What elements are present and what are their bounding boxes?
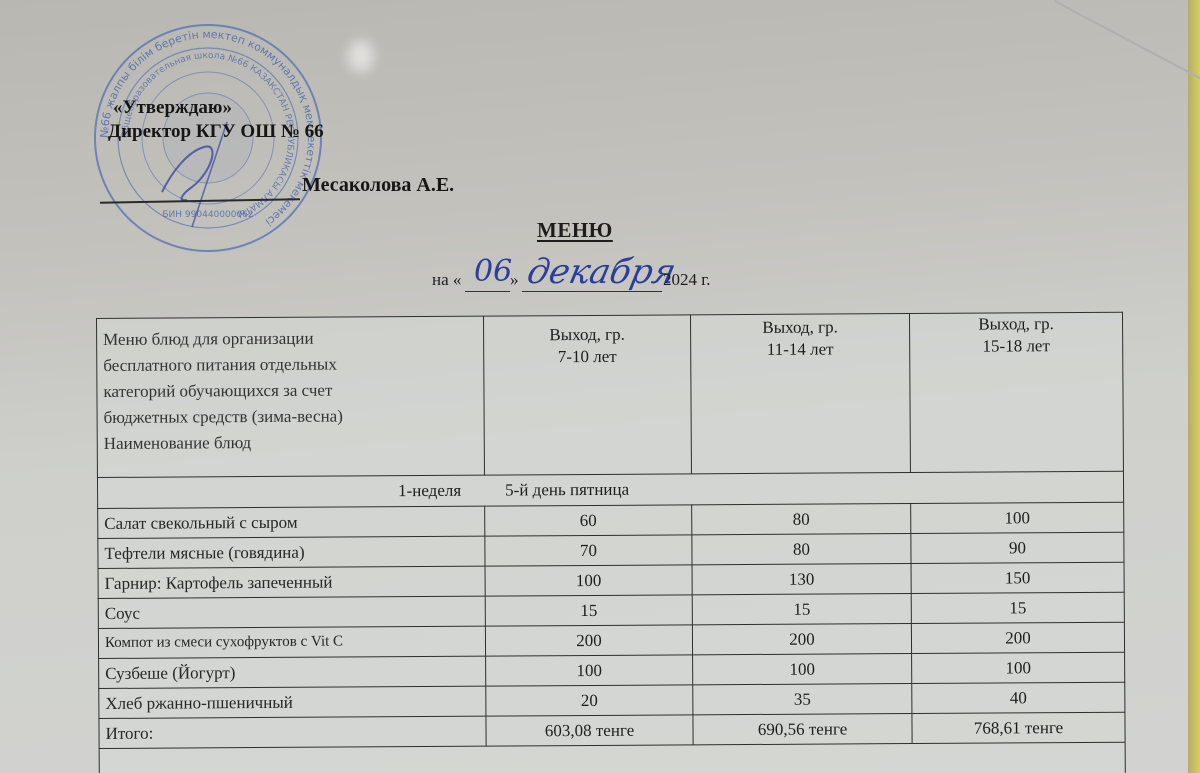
- date-prefix: на «: [432, 270, 461, 290]
- yield-7-10: 20: [486, 685, 693, 716]
- header-age-15-18: Выход, гр. 15-18 лет: [909, 312, 1123, 472]
- header-age-range: 11-14 лет: [691, 338, 909, 361]
- yield-11-14: 200: [692, 624, 911, 655]
- yield-7-10: 15: [485, 595, 692, 626]
- header-line: бесплатного питания отдельных: [103, 351, 483, 379]
- header-age-11-14: Выход, гр. 11-14 лет: [690, 314, 910, 474]
- light-glare: [348, 40, 374, 72]
- document-title: МЕНЮ: [537, 218, 613, 243]
- yield-11-14: 35: [693, 684, 912, 715]
- total-7-10: 603,08 тенге: [486, 715, 693, 746]
- header-line: Наименование блюд: [104, 429, 484, 457]
- plastic-sleeve-fold: [1054, 0, 1200, 86]
- yield-7-10: 100: [485, 565, 692, 596]
- header-line: бюджетных средств (зима-весна): [104, 403, 484, 431]
- date-month-underline: [522, 291, 662, 292]
- total-15-18: 768,61 тенге: [912, 712, 1125, 743]
- header-dish-name: Меню блюд для организации бесплатного пи…: [97, 316, 485, 477]
- director-name: Месаколова А.Е.: [302, 173, 454, 197]
- header-yield-label: Выход, гр.: [910, 313, 1122, 336]
- day-label: 5-й день пятница: [505, 480, 629, 500]
- header-line: Меню блюд для организации: [103, 325, 483, 353]
- header-yield-label: Выход, гр.: [484, 323, 690, 346]
- date-year: 2024 г.: [663, 270, 711, 290]
- date-day-underline: [465, 291, 510, 292]
- empty-cell: [99, 742, 1125, 773]
- header-line: категорий обучающихся за счет: [103, 377, 483, 405]
- total-11-14: 690,56 тенге: [693, 714, 912, 745]
- total-label: Итого:: [99, 716, 486, 748]
- dish-name: Хлеб ржанно-пшеничный: [99, 686, 486, 718]
- approval-position: Директор КГУ ОШ № 66: [108, 120, 324, 144]
- yield-7-10: 100: [486, 655, 693, 686]
- header-yield-label: Выход, гр.: [691, 316, 909, 339]
- date-quote-close: »: [510, 270, 519, 290]
- yield-15-18: 40: [912, 682, 1125, 713]
- dish-name: Салат свекольный с сыром: [98, 506, 485, 538]
- yield-15-18: 15: [911, 592, 1124, 623]
- date-day-handwritten: 06: [474, 254, 512, 289]
- header-age-7-10: Выход, гр. 7-10 лет: [483, 315, 691, 475]
- yield-11-14: 100: [693, 654, 912, 685]
- yield-11-14: 130: [692, 564, 911, 595]
- empty-row: [99, 742, 1125, 773]
- table-header-row: Меню блюд для организации бесплатного пи…: [97, 312, 1124, 477]
- yield-11-14: 15: [692, 594, 911, 625]
- approval-heading: «Утверждаю»: [113, 96, 232, 120]
- svg-text:БИН 990440000062: БИН 990440000062: [162, 210, 253, 220]
- yield-7-10: 60: [485, 505, 692, 536]
- week-label: 1-неделя: [398, 481, 461, 500]
- yellow-wall-edge: [1188, 0, 1200, 773]
- dish-name: Компот из смеси сухофруктов с Vit C: [98, 626, 485, 658]
- yield-15-18: 100: [911, 502, 1124, 533]
- yield-15-18: 200: [911, 622, 1124, 653]
- yield-7-10: 70: [485, 535, 692, 566]
- dish-name: Гарнир: Картофель запеченный: [98, 566, 485, 598]
- dish-name: Тефтели мясные (говядина): [98, 536, 485, 568]
- yield-11-14: 80: [692, 534, 911, 565]
- yield-15-18: 150: [911, 562, 1124, 593]
- date-month-handwritten: декабря: [524, 252, 680, 292]
- menu-table: Меню блюд для организации бесплатного пи…: [96, 312, 1126, 773]
- yield-7-10: 200: [485, 625, 692, 656]
- header-age-range: 15-18 лет: [910, 335, 1122, 358]
- yield-15-18: 100: [912, 652, 1125, 683]
- dish-name: Сузбеше (Йогурт): [99, 656, 486, 688]
- dish-name: Соус: [98, 596, 485, 628]
- header-age-range: 7-10 лет: [484, 345, 690, 368]
- yield-11-14: 80: [692, 504, 911, 535]
- yield-15-18: 90: [911, 532, 1124, 563]
